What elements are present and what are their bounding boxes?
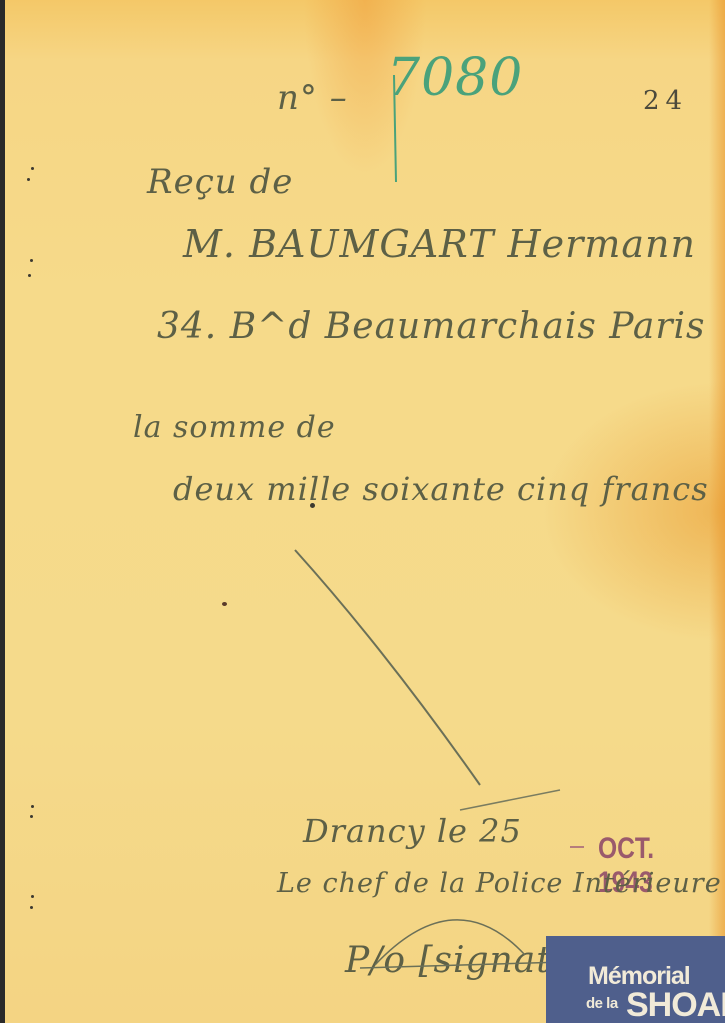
paper-speck <box>222 602 227 606</box>
pencil-strokes <box>5 0 725 1023</box>
paper-speck <box>31 805 34 808</box>
receipt-document: n° – 7080 24 Reçu de M. BAUMGART Hermann… <box>5 0 725 1023</box>
signature-underline <box>360 962 565 968</box>
paper-speck <box>30 259 33 262</box>
paper-speck <box>28 274 31 277</box>
paper-speck <box>31 167 34 170</box>
signature-loop <box>375 920 525 965</box>
diagonal-cancel-line <box>295 550 480 785</box>
paper-speck <box>31 895 34 898</box>
date-underline <box>460 790 560 810</box>
memorial-shoah-watermark: Mémorial de la SHOAH <box>546 936 725 1023</box>
paper-speck <box>310 503 315 508</box>
paper-speck <box>30 815 33 818</box>
paper-speck <box>27 178 30 181</box>
watermark-line2a: de la <box>586 995 618 1012</box>
watermark-line2b: SHOAH <box>626 986 725 1023</box>
green-stroke <box>394 75 396 182</box>
paper-speck <box>30 906 33 909</box>
